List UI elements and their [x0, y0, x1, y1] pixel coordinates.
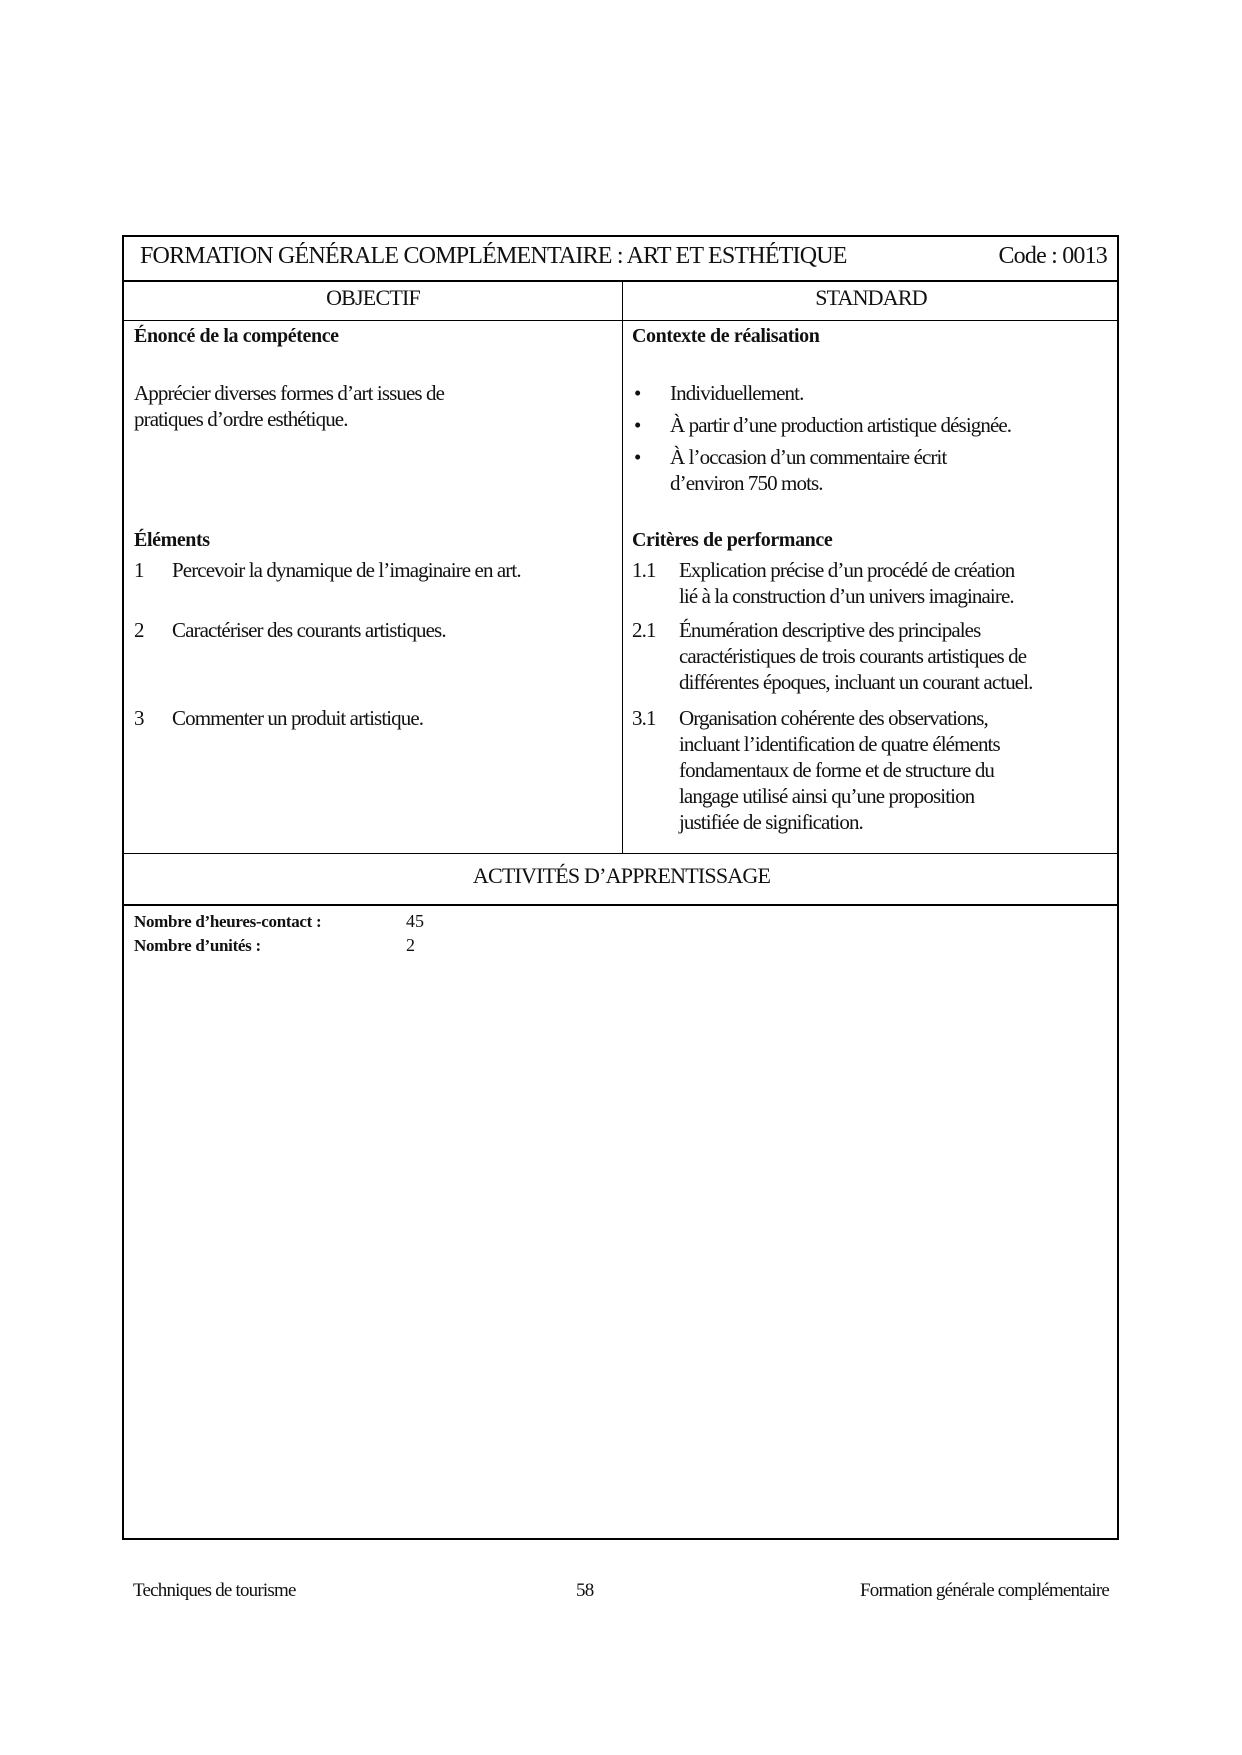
criteres-heading: Critères de performance: [632, 529, 832, 552]
element-item: 2 Caractériser des courants artistiques.: [134, 617, 446, 643]
element-text: Commenter un produit artistique.: [172, 705, 423, 731]
heures-value: 45: [406, 911, 424, 932]
divider: [124, 904, 1117, 906]
critere-item: 2.1 Énumération descriptive des principa…: [632, 617, 1033, 695]
course-code: Code : 0013: [998, 243, 1107, 270]
critere-number: 2.1: [632, 617, 679, 695]
element-item: 1 Percevoir la dynamique de l’imaginaire…: [134, 557, 521, 583]
contexte-line: À partir d’une production artistique dés…: [670, 412, 1011, 438]
column-divider: [622, 280, 623, 853]
critere-line: incluant l’identification de quatre élém…: [679, 731, 1000, 757]
element-text: Caractériser des courants artistiques.: [172, 617, 446, 643]
page-number: 58: [576, 1580, 593, 1602]
critere-number: 1.1: [632, 557, 679, 609]
contexte-line: d’environ 750 mots.: [670, 470, 946, 496]
critere-line: caractéristiques de trois courants artis…: [679, 643, 1033, 669]
bullet-icon: •: [632, 412, 670, 438]
column-header-objectif: OBJECTIF: [124, 285, 622, 311]
contexte-line: À l’occasion d’un commentaire écrit: [670, 444, 946, 470]
footer-program: Techniques de tourisme: [133, 1580, 296, 1602]
element-item: 3 Commenter un produit artistique.: [134, 705, 423, 731]
divider: [124, 280, 1117, 282]
competence-line: pratiques d’ordre esthétique.: [134, 406, 444, 432]
bullet-icon: •: [632, 380, 670, 406]
element-number: 1: [134, 557, 172, 583]
contexte-item: • À partir d’une production artistique d…: [632, 412, 1011, 438]
competence-heading: Énoncé de la compétence: [134, 325, 339, 348]
critere-line: justifiée de signification.: [679, 809, 1000, 835]
critere-item: 3.1 Organisation cohérente des observati…: [632, 705, 1000, 835]
contexte-item: • À l’occasion d’un commentaire écrit d’…: [632, 444, 946, 496]
contexte-heading: Contexte de réalisation: [632, 325, 819, 348]
critere-number: 3.1: [632, 705, 679, 835]
competence-statement: Apprécier diverses formes d’art issues d…: [134, 380, 444, 432]
critere-line: fondamentaux de forme et de structure du: [679, 757, 1000, 783]
competence-line: Apprécier diverses formes d’art issues d…: [134, 380, 444, 406]
element-number: 3: [134, 705, 172, 731]
critere-item: 1.1 Explication précise d’un procédé de …: [632, 557, 1014, 609]
critere-line: Organisation cohérente des observations,: [679, 705, 1000, 731]
contexte-line: Individuellement.: [670, 380, 803, 406]
critere-line: Énumération descriptive des principales: [679, 617, 1033, 643]
element-text: Percevoir la dynamique de l’imaginaire e…: [172, 557, 521, 583]
footer-section: Formation générale complémentaire: [860, 1580, 1109, 1602]
unites-value: 2: [406, 935, 415, 956]
competency-table: FORMATION GÉNÉRALE COMPLÉMENTAIRE : ART …: [122, 235, 1119, 1540]
divider: [124, 320, 1117, 321]
element-number: 2: [134, 617, 172, 643]
critere-line: différentes époques, incluant un courant…: [679, 669, 1033, 695]
divider: [124, 853, 1117, 854]
activites-heading: ACTIVITÉS D’APPRENTISSAGE: [124, 863, 1119, 889]
critere-line: langage utilisé ainsi qu’une proposition: [679, 783, 1000, 809]
column-header-standard: STANDARD: [623, 285, 1119, 311]
contexte-item: • Individuellement.: [632, 380, 803, 406]
critere-line: Explication précise d’un procédé de créa…: [679, 557, 1014, 583]
document-title: FORMATION GÉNÉRALE COMPLÉMENTAIRE : ART …: [140, 243, 847, 270]
elements-heading: Éléments: [134, 529, 210, 552]
unites-label: Nombre d’unités :: [134, 936, 261, 956]
bullet-icon: •: [632, 444, 670, 496]
critere-line: lié à la construction d’un univers imagi…: [679, 583, 1014, 609]
heures-label: Nombre d’heures-contact :: [134, 912, 321, 932]
